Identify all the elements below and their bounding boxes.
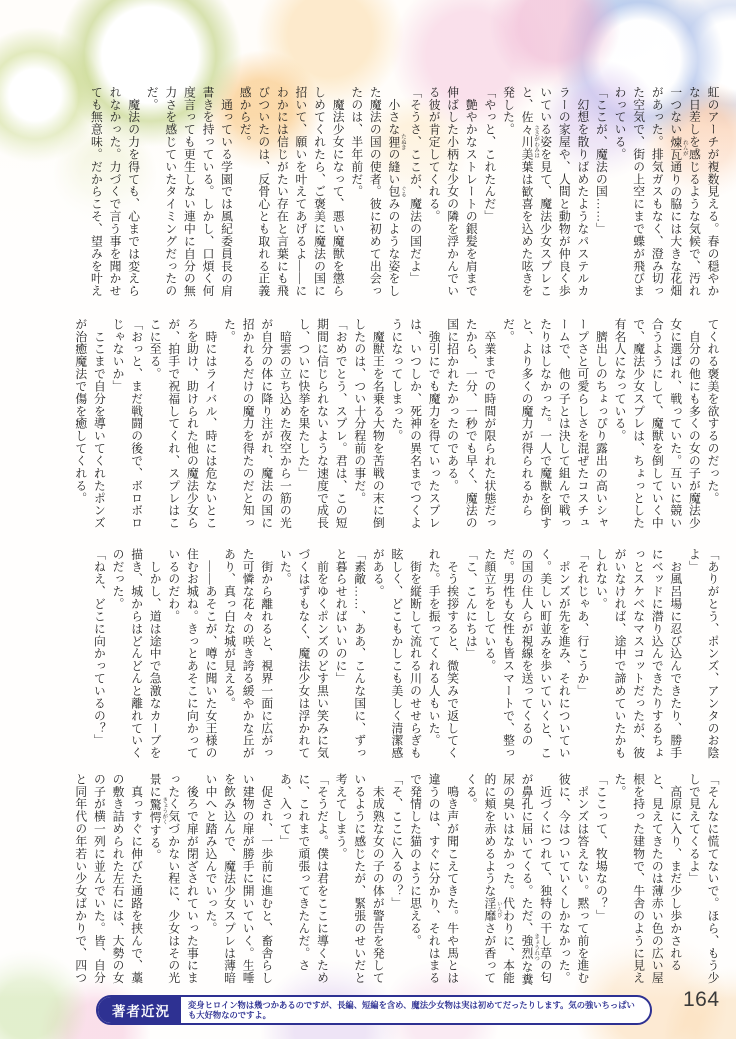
- paragraph: 鳴き声が聞こえてきた。牛や馬とは違うのは、すぐに分かり、それはまるで発情した猫の…: [406, 773, 462, 986]
- paragraph: 「そんなに慌てないで。ほら、もう少しで見えてくるよ」: [685, 773, 722, 986]
- author-note-text: 変身ヒロイン物は幾つかあるのですが、長編、短編を含め、魔法少女物は実は初めてだっ…: [181, 997, 650, 1023]
- paragraph: 卒業までの時間が限られた状態だったから、一分、一秒でも早く、魔法の国に招かれたか…: [443, 318, 499, 531]
- paragraph: 通っている学園では風紀委員長の肩書きを持っている。しかし、口煩く何度言っても更生…: [143, 86, 236, 299]
- paragraph: 強引にでも魔力を得ていったスプレは、いつしか、死神の異名までつくようになってしま…: [387, 318, 443, 531]
- paragraph: 艶やかなストレートの銀髪を肩まで伸ばした小柄な少女の隣を浮かんでいる彼が肯定して…: [425, 86, 481, 299]
- paragraph: 幻想を散りばめたようなパステルカラーの家屋や、人間と動物が仲良く歩いている姿を見…: [499, 86, 592, 299]
- paragraph: ここまで自分を導いてくれたポンズが治癒魔法で傷を癒してくれる。: [71, 318, 108, 531]
- paragraph: 「素敵……、ああ、こんな国に、ずっと暮らせればいいのに」: [332, 548, 369, 761]
- paragraph: てくれる褒美を欲するのだった。: [703, 318, 722, 531]
- paragraph: 促され、一歩前に進むと、畜舎らしい建物の扉が勝手に開いていく。生唾を飲み込んで、…: [201, 773, 275, 986]
- text-block-3: 「ありがとう、ポンズ、アンタのお陰よ」 お風呂場に忍び込んできたり、勝手にベッド…: [86, 548, 722, 761]
- paragraph: 高原に入り、まだ少し歩かされると、見えてきたのは薄赤い色の広い屋根を持った建物で…: [610, 773, 684, 986]
- paragraph: 「それじゃあ、行こうか」: [573, 548, 592, 761]
- paragraph: そう挨拶すると、微笑みで返してくれた。手を振ってくれる人もいた。: [425, 548, 462, 761]
- paragraph: 魔法少女になって、悪い魔獣を懲らしめてくれたら、ご褒美に魔法の国に招いて、願いを…: [236, 86, 348, 299]
- paragraph: 前をゆくポンズのどす黒い笑みに気づくはずもなく、魔法少女は浮かれていた。: [276, 548, 332, 761]
- paragraph: 時にはライバル、時には危ないところを助け、助けられた他の魔法少女らが、拍手で祝福…: [146, 318, 220, 531]
- paragraph: お風呂場に忍び込んできたり、勝手にベッドに潜り込んできたりするちょっとスケベなマ…: [592, 548, 685, 761]
- paragraph: 後ろで扉が閉ざされていった事にまったく気づかない程に、少女はその光景に驚愕きょう…: [146, 773, 202, 986]
- paragraph: 「おめでとう、スプレ。君は、この短期間に信じられないような速度で成長し、ついに快…: [294, 318, 350, 531]
- paragraph: 「ねえ、どこに向かっているの？」: [90, 548, 109, 761]
- paragraph: 近づくにつれて、独特の干し草の匂が鼻孔に届いてくる。ただ、強烈きょうれつな糞尿の…: [462, 773, 555, 986]
- author-note-badge: 著者近況: [98, 997, 181, 1023]
- paragraph: 自分の他にも多くの女の子が魔法少女に選ばれ、戦っていた。互いに競い合うようにして…: [610, 318, 703, 531]
- paragraph: 真っすぐに伸びた通路を挟んで、藁の敷き詰められた左右には、大勢の女の子が横一列に…: [71, 773, 145, 986]
- paragraph: 「ここが、魔法の国……」: [592, 86, 611, 299]
- paragraph: 臍出しのちょっぴり露出の高いシャープさと可愛らしさを混ぜたコスチュームで、他の子…: [499, 318, 611, 531]
- paragraph: 「ありがとう、ポンズ、アンタのお陰よ」: [685, 548, 722, 761]
- paragraph: 虹のアーチが複数見える。春の穏やかな日差しを感じるような気候で、汚れ一つない煉瓦…: [610, 86, 722, 299]
- paragraph: 未成熟な女の子の体が警告を発しているように感じたが、緊張のせいだと考えてしまう。: [332, 773, 388, 986]
- paragraph: 暗雲の立ち込めた夜空から一筋の光が自分の体に降り注がれ、魔法の国に招かれるだけの…: [220, 318, 294, 531]
- paragraph: 「ここって、牧場なの？」: [592, 773, 611, 986]
- paragraph: 街を縦断して流れる川のせせらぎも眩しく、どこもかしこも美しく清潔感がある。: [369, 548, 425, 761]
- paragraph: 魔獣王を名乗る大物を苦戦の末に倒したのは、つい十分程前の事だ。: [350, 318, 387, 531]
- paragraph: 「そうだよ。僕は君をここに導くために、これまで頑張ってきたんだ。さあ、入って」: [276, 773, 332, 986]
- paragraph: 街から離れると、視界一面に広がった可憐な花々の咲き誇る緩やかな丘があり、真っ白な…: [220, 548, 276, 761]
- paragraph: ポンズが先を進み、それについていく。美しい町並みを歩いていくと、この国の住人らが…: [480, 548, 573, 761]
- paragraph: 「おっと、まだ戦闘の後で、ボロボロじゃないか」: [108, 318, 145, 531]
- paragraph: ポンズは答えない。黙って前を進む彼に、今はついていくしかなかった。: [555, 773, 592, 986]
- page-number: 164: [683, 988, 720, 1012]
- paragraph: 「そ、ここに入るの？」: [387, 773, 406, 986]
- text-block-2: てくれる褒美を欲するのだった。 自分の他にも多くの女の子が魔法少女に選ばれ、戦っ…: [86, 318, 722, 531]
- paragraph: 「そうさ、ここが、魔法の国だよ」: [406, 86, 425, 299]
- paragraph: 魔法の力を得ても、心までは変えられなかった。力づくで言う事を聞かせても無意味。だ…: [87, 86, 143, 299]
- paragraph: 「やっと、これたんだ」: [480, 86, 499, 299]
- paragraph: 小さな狸たぬきの縫い包ぐるみのような姿をした魔法の国の使者。彼に初めて出会ったの…: [347, 86, 406, 299]
- author-note: 著者近況 変身ヒロイン物は幾つかあるのですが、長編、短編を含め、魔法少女物は実は…: [96, 995, 652, 1025]
- paragraph: しかし、道は途中で急激なカーブを描き、城からはどんどんと離れていくのだった。: [108, 548, 164, 761]
- paragraph: ――あそこが、噂に聞いた女王様の住むお城ね。きっとあそこに向かっているのだわ。: [164, 548, 220, 761]
- text-block-1: 虹のアーチが複数見える。春の穏やかな日差しを感じるような気候で、汚れ一つない煉瓦…: [86, 86, 722, 299]
- novel-page: 虹のアーチが複数見える。春の穏やかな日差しを感じるような気候で、汚れ一つない煉瓦…: [0, 0, 736, 1039]
- text-block-4: 「そんなに慌てないで。ほら、もう少しで見えてくるよ」 高原に入り、まだ少し歩かさ…: [86, 773, 722, 986]
- paragraph: 「こ、こんにちは」: [462, 548, 481, 761]
